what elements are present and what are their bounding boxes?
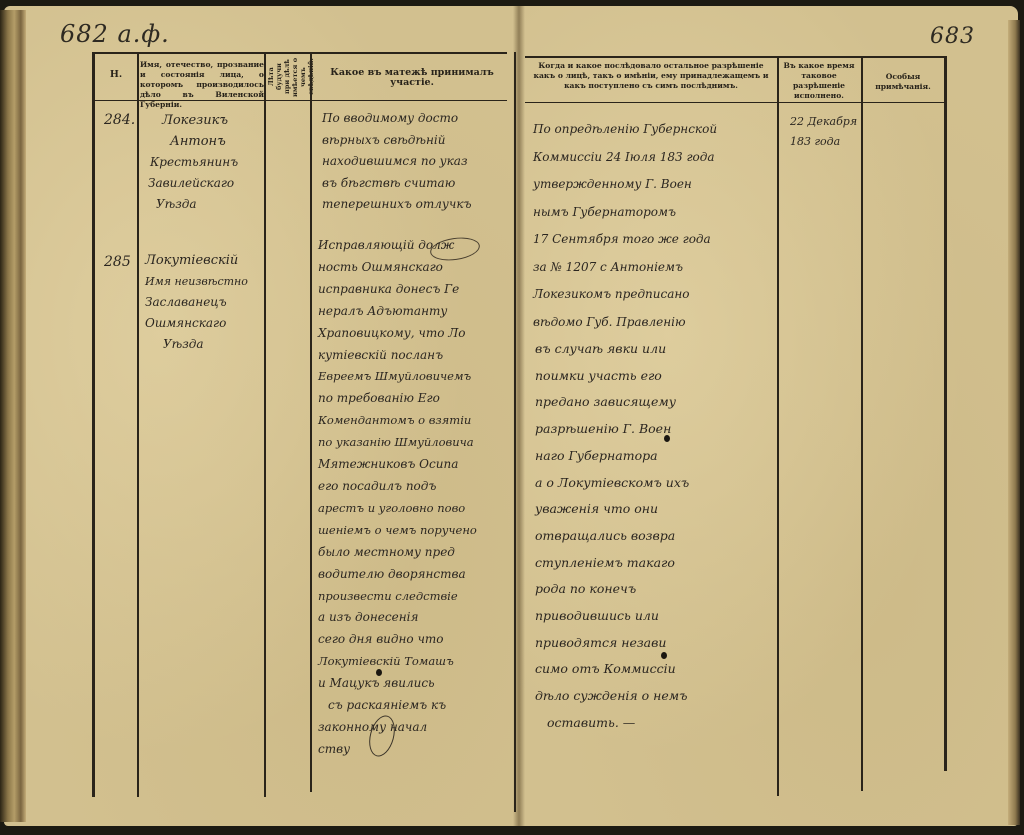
participation-line: по указанію Шмуйловича (318, 432, 477, 454)
col-rule-name (264, 52, 266, 797)
entry-name-cell: Локутіевскій Имя неизвѣстно Заславанецъ … (145, 250, 248, 355)
col-rule-number (137, 52, 139, 797)
resolution-line: нымъ Губернаторомъ (533, 199, 717, 227)
col-rule-participation (514, 52, 516, 812)
col-rule-age (310, 52, 312, 792)
participation-line: законному начал (318, 717, 477, 739)
resolution-line: предано зависящему (535, 389, 689, 416)
name-line: Уѣзда (148, 194, 238, 215)
participation-line: его посадилъ подъ (318, 476, 477, 498)
participation-line: Локутіевскій Томашъ (318, 651, 477, 673)
margin-rule-left (92, 52, 95, 797)
participation-line: съ раскаяніемъ къ (318, 695, 477, 717)
resolution-line: уваженія что они (535, 496, 689, 523)
participation-line: Мятежниковъ Осипа (318, 454, 477, 476)
participation-line: Исправляющій долж (318, 235, 477, 257)
entry-participation-cell: По вводимому досто вѣрныхъ свѣдѣній нахо… (322, 108, 472, 216)
resolution-line: ступленіемъ такаго (535, 550, 689, 577)
entry-resolution-cell: въ случаѣ явки или поимки участь его пре… (535, 336, 689, 737)
resolution-line: вѣдомо Губ. Правленію (533, 309, 717, 337)
ink-blot (376, 669, 382, 676)
entry-number: 284. (104, 112, 135, 128)
participation-line: По вводимому досто (322, 108, 472, 130)
participation-line: вѣрныхъ свѣдѣній (322, 130, 472, 152)
participation-line: Храповицкому, что Ло (318, 323, 477, 345)
resolution-line: утвержденному Г. Воен (533, 171, 717, 199)
name-line: Имя неизвѣстно (145, 271, 248, 292)
book-edge-left (0, 10, 26, 822)
header-notes: Особыя примѣчанія. (864, 72, 942, 92)
header-number: Н. (97, 70, 135, 80)
participation-line: находившимся по указ (322, 151, 472, 173)
resolution-line: а о Локутіевскомъ ихъ (535, 470, 689, 497)
participation-line: водителю дворянства (318, 564, 477, 586)
name-line: Уѣзда (145, 334, 248, 355)
participation-line: и Мацукъ явились (318, 673, 477, 695)
resolution-line: въ случаѣ явки или (535, 336, 689, 363)
folio-number-left: 682 а.ф. (60, 20, 170, 48)
resolution-line: Локезикомъ предписано (533, 281, 717, 309)
header-executed: Въ какое время таковое разрѣшеніе исполн… (779, 61, 859, 101)
header-top-rule-left (95, 52, 507, 54)
resolution-line: отвращались возвра (535, 523, 689, 550)
folio-number-right: 683 (930, 24, 975, 49)
header-participation: Какое въ матежѣ принималъ участіе. (314, 68, 510, 88)
margin-rule-right (944, 56, 947, 771)
participation-line: Комендантомъ о взятіи (318, 410, 477, 432)
header-resolution: Когда и какое послѣдовало остальное разр… (527, 61, 775, 91)
resolution-line: 17 Сентября того же года (533, 226, 717, 254)
col-rule-resolution (777, 56, 779, 796)
participation-line: исправника донесъ Ге (318, 279, 477, 301)
register-spread: 682 а.ф. 683 Н. Имя, отечество, прозвани… (0, 0, 1024, 835)
resolution-line: симо отъ Коммиссіи (535, 656, 689, 683)
entry-participation-cell: Исправляющій долж ность Ошмянскаго испра… (318, 235, 477, 761)
participation-line: шеніемъ о чемъ поручено (318, 520, 477, 542)
entry-number: 285 (104, 254, 131, 270)
participation-line: по требованію Его (318, 388, 477, 410)
participation-line: а изъ донесенія (318, 607, 477, 629)
executed-line: 183 года (790, 132, 857, 152)
executed-line: 22 Декабря (790, 112, 857, 132)
participation-line: ству (318, 739, 477, 761)
ink-blot (664, 435, 670, 442)
resolution-line: за № 1207 с Антоніемъ (533, 254, 717, 282)
book-edge-right (1008, 20, 1020, 825)
entry-executed-cell: 22 Декабря 183 года (790, 112, 857, 152)
header-top-rule-right (525, 56, 945, 58)
resolution-line: приводившись или (535, 603, 689, 630)
participation-line: Евреемъ Шмуйловичемъ (318, 366, 477, 388)
name-line: Ошмянскаго (145, 313, 248, 334)
name-line: Завилейскаго (148, 173, 238, 194)
participation-line: теперешнихъ отлучкъ (322, 194, 472, 216)
participation-line: кутіевскій посланъ (318, 345, 477, 367)
header-bottom-rule-right (525, 102, 945, 103)
name-line: Локезикъ (148, 110, 238, 131)
resolution-line: Коммиссіи 24 Іюля 183 года (533, 144, 717, 172)
name-line: Заславанецъ (145, 292, 248, 313)
entry-name-cell: Локезикъ Антонъ Крестьянинъ Завилейскаго… (148, 110, 238, 215)
participation-line: нералъ Адъютанту (318, 301, 477, 323)
col-rule-executed (861, 56, 863, 791)
participation-line: произвести следствіе (318, 586, 477, 608)
name-line: Локутіевскій (145, 250, 248, 271)
name-line: Антонъ (148, 131, 238, 152)
participation-line: было местному пред (318, 542, 477, 564)
resolution-line: дѣло сужденія о немъ (535, 683, 689, 710)
resolution-line: По опредѣленію Губернской (533, 116, 717, 144)
resolution-line: поимки участь его (535, 363, 689, 390)
participation-line: ность Ошмянскаго (318, 257, 477, 279)
header-age: Лѣта будучи при дѣлѣ имѣется о чемъ свѣд… (267, 56, 307, 98)
ink-blot (661, 652, 667, 659)
entry-resolution-cell: По опредѣленію Губернской Коммиссіи 24 І… (533, 116, 717, 336)
header-name: Имя, отечество, прозвание и состоянія ли… (140, 60, 264, 110)
participation-line: сего дня видно что (318, 629, 477, 651)
resolution-line: наго Губернатора (535, 443, 689, 470)
name-line: Крестьянинъ (148, 152, 238, 173)
resolution-line: оставить. — (535, 710, 689, 737)
participation-line: арестъ и уголовно пово (318, 498, 477, 520)
resolution-line: рода по конечъ (535, 576, 689, 603)
participation-line: въ бѣгствѣ считаю (322, 173, 472, 195)
